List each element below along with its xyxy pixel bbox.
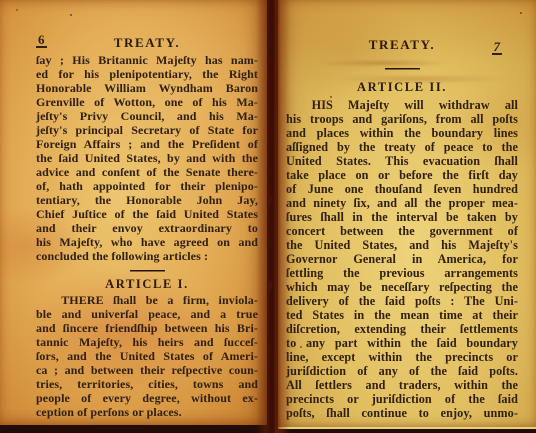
article-i-heading: ARTICLE I. — [36, 277, 258, 292]
text-line: tannic Majeſty, his heirs and ſucceſ- — [36, 335, 258, 349]
text-line: Grenville of Wotton, one of his Ma- — [36, 95, 258, 109]
binding-gutter — [256, 0, 290, 433]
text-line: Foreign Affairs ; and the Preſident of — [36, 137, 258, 151]
page-right: TREATY. 7 — ARTICLE II. HIS Majeſty will… — [278, 0, 536, 429]
running-title-left: TREATY. — [36, 35, 258, 51]
article-i-paragraph: THERE ſhall be a firm, inviola-ble and u… — [36, 293, 258, 419]
text-line: Governor General in America, for — [286, 252, 518, 266]
text-line: of June one thouſand ſeven hundred — [286, 182, 518, 196]
text-line: United States. This evacuation ſhall — [286, 154, 518, 168]
text-line: take place on or before the firſt day — [286, 168, 518, 182]
section-rule-right: — — [286, 64, 518, 72]
text-line: the ſaid United States, by and with the — [36, 151, 258, 165]
text-line: ſay ; His Britannic Majeſty has nam- — [36, 53, 258, 67]
text-line: ſettling the previous arrangements — [286, 266, 518, 280]
text-line: to any part within the ſaid boundary — [286, 336, 518, 350]
text-line: HIS Majeſty will withdraw all — [286, 98, 518, 112]
text-line: and ſincere friendſhip between his Bri- — [36, 321, 258, 335]
text-line: ted States in the mean time at their — [286, 308, 518, 322]
text-line: tentiary, the Honorable John Jay, — [36, 193, 258, 207]
section-rule-left: — — [36, 266, 258, 274]
article-ii-paragraph: HIS Majeſty will withdraw allhis troops … — [286, 98, 518, 420]
text-line: ſors, and the United States of Ameri- — [36, 349, 258, 363]
text-line: ſures ſhall in the interval be taken by — [286, 210, 518, 224]
page-left: 6 TREATY. ſay ; His Britannic Majeſty ha… — [0, 0, 267, 425]
text-line: ble and univerſal peace, and a true — [36, 307, 258, 321]
text-line: juriſdiction of any of the ſaid poſts. — [286, 364, 518, 378]
text-line: line, except within the precincts or — [286, 350, 518, 364]
text-line: jeſty's principal Secretary of State for — [36, 123, 258, 137]
paper-specks — [0, 0, 2, 2]
book-photo: 6 TREATY. ſay ; His Britannic Majeſty ha… — [0, 0, 536, 433]
text-line: people of every degree, without ex- — [36, 391, 258, 405]
text-line: advice and conſent of the Senate there- — [36, 165, 258, 179]
text-line: ca ; and between their reſpective coun- — [36, 363, 258, 377]
text-line: precincts or juriſdiction of the ſaid — [286, 392, 518, 406]
text-line: ception of perſons or places. — [36, 405, 258, 419]
intro-paragraph: ſay ; His Britannic Majeſty has nam-ed f… — [36, 53, 258, 263]
page-number-right: 7 — [492, 40, 503, 55]
text-line: ed for his plenipotentiary, the Right — [36, 67, 258, 81]
text-line: All ſettlers and traders, within the — [286, 378, 518, 392]
text-line: tries, territories, cities, towns and — [36, 377, 258, 391]
text-line: of, hath appointed for their plenipo- — [36, 179, 258, 193]
text-line: diſcretion, extending their ſettlements — [286, 322, 518, 336]
text-line: and ninety ſix, and all the proper mea- — [286, 196, 518, 210]
text-line: which may be neceſſary reſpecting the — [286, 280, 518, 294]
text-line: Honorable William Wyndham Baron — [36, 81, 258, 95]
text-line: jeſty's Privy Council, and his Ma- — [36, 109, 258, 123]
text-line: delivery of the ſaid poſts : The Uni- — [286, 294, 518, 308]
text-line: poſts, ſhall continue to enjoy, unmo- — [286, 406, 518, 420]
text-line: concert between the government of — [286, 224, 518, 238]
text-line: his troops and gariſons, from all poſts — [286, 112, 518, 126]
text-line: the United States, and his Majeſty's — [286, 238, 518, 252]
text-line: THERE ſhall be a firm, inviola- — [36, 293, 258, 307]
text-line: aſſigned by the treaty of peace to the — [286, 140, 518, 154]
text-line: Chief Juſtice of the ſaid United States — [36, 207, 258, 221]
running-title-right: TREATY. — [286, 37, 518, 53]
text-line: his Majeſty, who have agreed on and — [36, 235, 258, 249]
text-line: and places within the boundary lines — [286, 126, 518, 140]
article-ii-heading: ARTICLE II. — [286, 80, 518, 95]
text-line: and their envoy extraordinary to — [36, 221, 258, 235]
